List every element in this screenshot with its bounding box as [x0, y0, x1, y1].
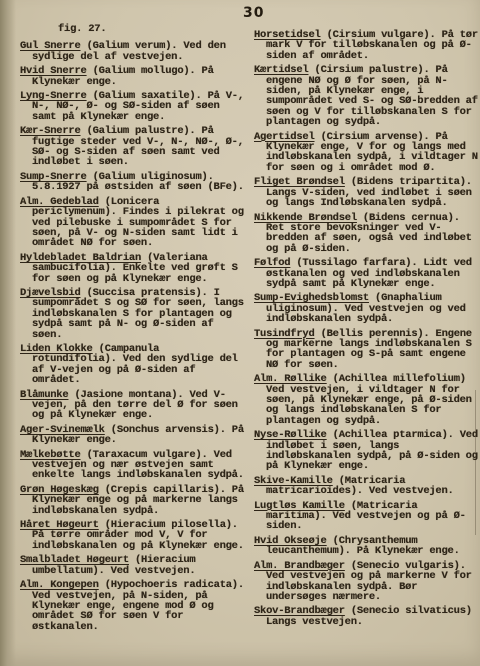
left-column: fig. 27. Gul Snerre (Galium verum). Ved …: [20, 24, 244, 636]
page-left-edge-shadow: [0, 0, 16, 666]
plant-entry: Skov-Brandbæger (Senecio silvaticus) Lan…: [254, 606, 480, 627]
plant-entry: Hvid Snerre (Galium mollugo). På Klynekæ…: [20, 66, 244, 87]
plant-entry: Sump-Snerre (Galium uliginosum). 5.8.192…: [20, 172, 244, 193]
scanned-document-page: 30 fig. 27. Gul Snerre (Galium verum). V…: [0, 0, 480, 666]
plant-entry: Blåmunke (Jasione montana). Ved V-vejen,…: [20, 390, 244, 421]
plant-entry: Hvid Okseøje (Chrysanthemum leucanthemum…: [254, 536, 480, 557]
plant-entry: Tusindfryd (Bellis perennis). Engene og …: [254, 329, 480, 371]
plant-entry: Mælkebøtte (Taraxacum vulgare). Ved vest…: [20, 450, 244, 481]
plant-entry: Liden Klokke (Campanula rotundifolia). V…: [20, 344, 244, 386]
plant-entry: Agertidsel (Cirsium arvense). På Klynekæ…: [254, 132, 480, 174]
plant-entry: Kærtidsel (Cirsium palustre). På engene …: [254, 65, 480, 127]
plant-entry: Skive-Kamille (Matricaria matricarioides…: [254, 476, 480, 497]
plant-entry: Grøn Høgeskæg (Crepis capillaris). På Kl…: [20, 485, 244, 516]
plant-entry: Horsetidsel (Cirsium vulgare). På tør ma…: [254, 30, 480, 61]
right-column: Horsetidsel (Cirsium vulgare). På tør ma…: [254, 30, 480, 631]
right-entries: Horsetidsel (Cirsium vulgare). På tør ma…: [254, 30, 480, 627]
plant-entry: Alm. Brandbæger (Senecio vulgaris). Ved …: [254, 561, 480, 603]
plant-entry: Alm. Kongepen (Hypochoeris radicata). Ve…: [20, 580, 244, 632]
plant-entry: Hyldebladet Baldrian (Valeriana sambucif…: [20, 253, 244, 284]
plant-entry: Sump-Evighedsblomst (Gnaphalium uliginos…: [254, 293, 480, 324]
plant-entry: Gul Snerre (Galium verum). Ved den sydli…: [20, 41, 244, 62]
plant-entry: Håret Høgeurt (Hieracium pilosella). På …: [20, 520, 244, 551]
plant-entry: Kær-Snerre (Galium palustre). På fugtige…: [20, 126, 244, 168]
plant-entry: Lugtløs Kamille (Matricaria maritima). V…: [254, 501, 480, 532]
plant-description: (Tussilago farfara). Lidt ved østkanalen…: [266, 257, 472, 290]
plant-entry: Alm. Gedeblad (Lonicera periclymenum). F…: [20, 197, 244, 249]
plant-entry: Alm. Røllike (Achillea millefolium) Ved …: [254, 374, 480, 426]
plant-entry: Nyse-Røllike (Achillea ptarmica). Ved in…: [254, 430, 480, 472]
plant-entry: Djævelsbid (Succisa pratensis). I sumpom…: [20, 288, 244, 340]
plant-entry: Lyng-Snerre (Galium saxatile). På V-, N-…: [20, 91, 244, 122]
plant-entry: Ager-Svinemælk (Sonchus arvensis). På Kl…: [20, 425, 244, 446]
plant-entry: Fliget Brøndsel (Bidens tripartita). Lan…: [254, 177, 480, 208]
page-number: 30: [243, 5, 264, 21]
figure-caption: fig. 27.: [58, 24, 244, 34]
plant-entry: Følfod (Tussilago farfara). Lidt ved øst…: [254, 258, 480, 289]
plant-entry: Nikkende Brøndsel (Bidens cernua). Ret s…: [254, 213, 480, 255]
plant-entry: Smalbladet Høgeurt (Hieracium umbellatum…: [20, 555, 244, 576]
plant-description: (Cirsium palustre). På engene NØ og Ø fo…: [266, 64, 478, 128]
left-entries: Gul Snerre (Galium verum). Ved den sydli…: [20, 41, 244, 632]
